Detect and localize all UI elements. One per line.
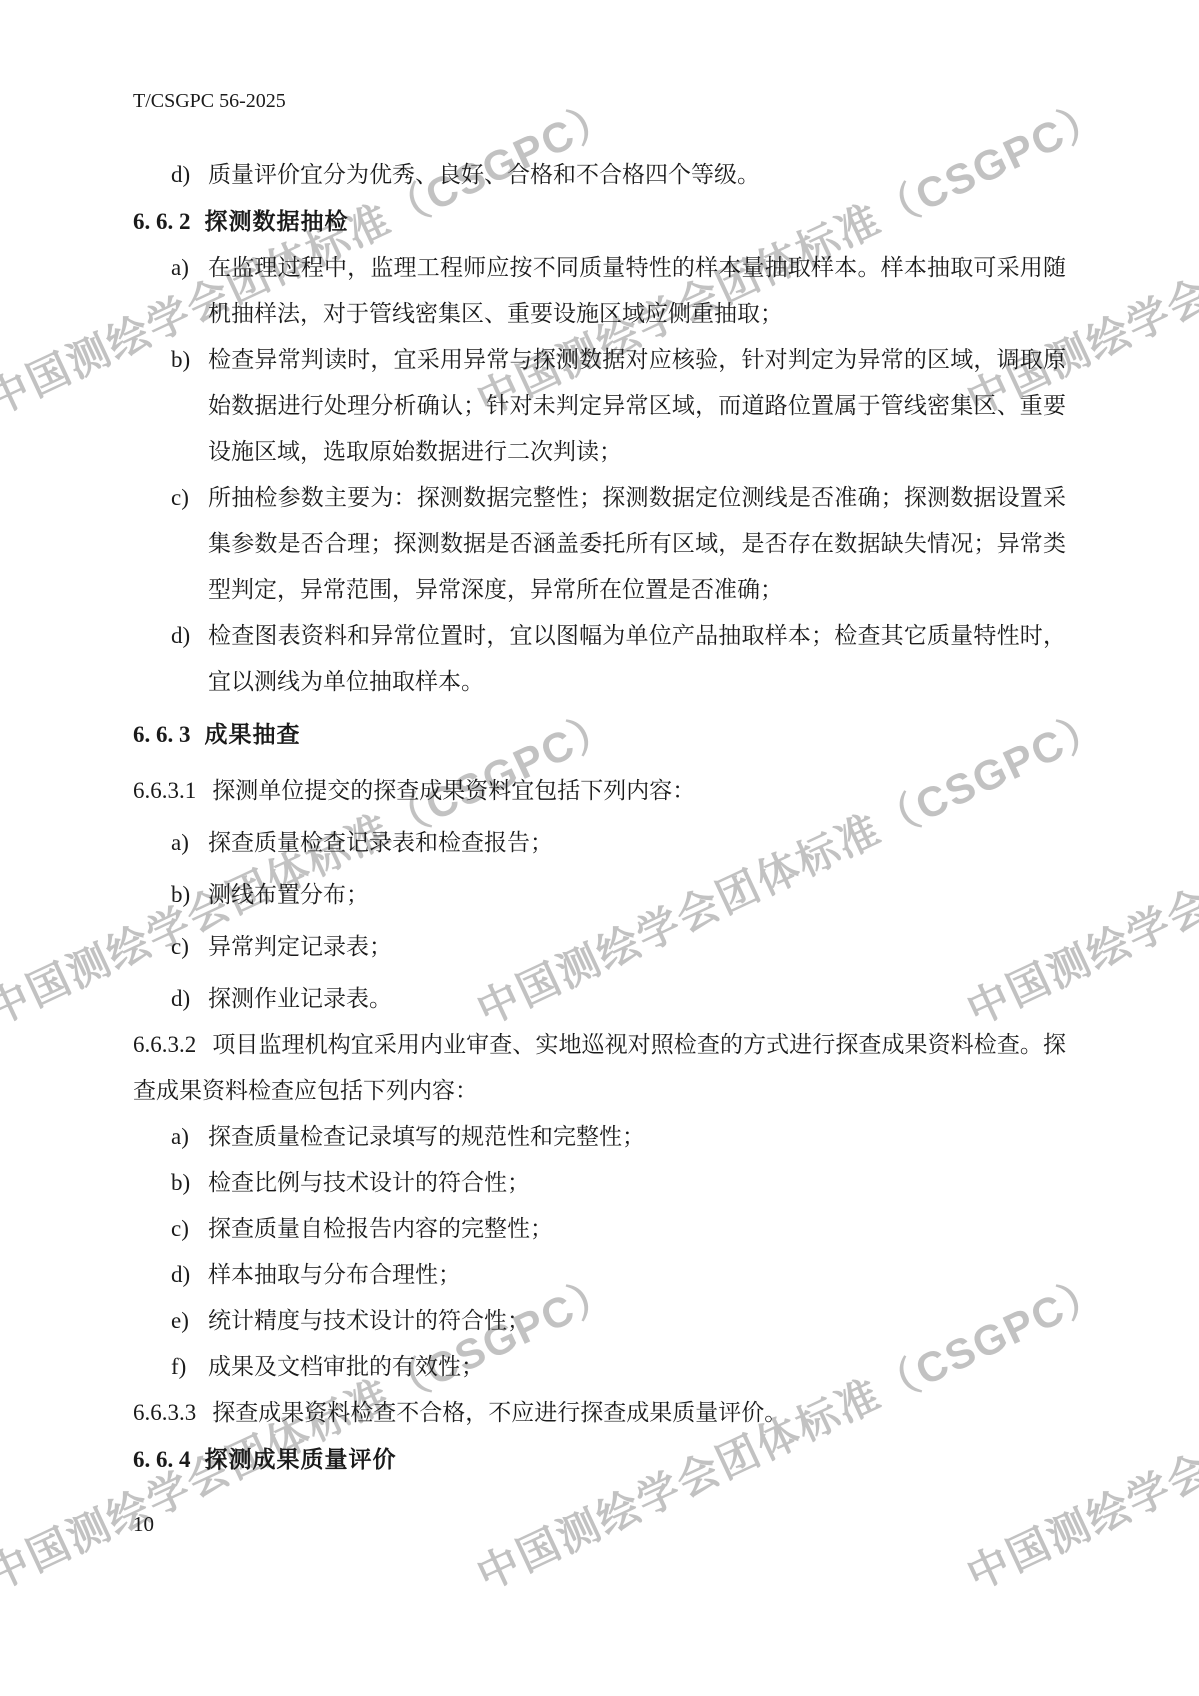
list-item: c)所抽检参数主要为：探测数据完整性；探测数据定位测线是否准确；探测数据设置采集… xyxy=(133,475,1066,613)
list-item-label: a) xyxy=(171,1114,189,1160)
list-item: b)测线布置分布； xyxy=(133,872,1066,918)
list-item-text: 检查比例与技术设计的符合性； xyxy=(208,1170,530,1195)
section-heading: 6. 6. 4探测成果质量评价 xyxy=(133,1436,1066,1483)
list-item-text: 探查质量检查记录表和检查报告； xyxy=(208,830,553,855)
section-heading-number: 6. 6. 2 xyxy=(133,209,191,234)
list-item-label: a) xyxy=(171,820,189,866)
clause-text: 探查成果资料检查不合格，不应进行探查成果质量评价。 xyxy=(212,1400,787,1425)
clause-number: 6.6.3.2 xyxy=(133,1032,196,1057)
list-item-label: d) xyxy=(171,1252,190,1298)
list-item-label: c) xyxy=(171,1206,189,1252)
list-item-label: d) xyxy=(171,152,190,198)
section-heading: 6. 6. 2探测数据抽检 xyxy=(133,198,1066,245)
list-item-text: 探查质量检查记录填写的规范性和完整性； xyxy=(208,1124,645,1149)
list-item: d)检查图表资料和异常位置时，宜以图幅为单位产品抽取样本；检查其它质量特性时，宜… xyxy=(133,613,1066,705)
list-item-label: e) xyxy=(171,1298,189,1344)
list-item-text: 探查质量自检报告内容的完整性； xyxy=(208,1216,553,1241)
list-item: d)样本抽取与分布合理性； xyxy=(133,1252,1066,1298)
list-item: a)探查质量检查记录填写的规范性和完整性； xyxy=(133,1114,1066,1160)
section-heading-number: 6. 6. 3 xyxy=(133,722,191,747)
list-item-text: 样本抽取与分布合理性； xyxy=(208,1262,461,1287)
list-item-label: d) xyxy=(171,976,190,1022)
list-item: c)探查质量自检报告内容的完整性； xyxy=(133,1206,1066,1252)
section-heading-title: 探测数据抽检 xyxy=(205,208,349,234)
list-item: e)统计精度与技术设计的符合性； xyxy=(133,1298,1066,1344)
document-header-standard-number: T/CSGPC 56-2025 xyxy=(133,90,286,113)
list-item-text: 所抽检参数主要为：探测数据完整性；探测数据定位测线是否准确；探测数据设置采集参数… xyxy=(208,485,1066,602)
list-item-label: b) xyxy=(171,872,190,918)
list-item: b)检查异常判读时，宜采用异常与探测数据对应核验，针对判定为异常的区域，调取原始… xyxy=(133,337,1066,475)
clause-number: 6.6.3.1 xyxy=(133,778,196,803)
list-item-text: 质量评价宜分为优秀、良好、合格和不合格四个等级。 xyxy=(208,162,760,187)
list-item-label: f) xyxy=(171,1344,186,1390)
list-item-text: 在监理过程中，监理工程师应按不同质量特性的样本量抽取样本。样本抽取可采用随机抽样… xyxy=(208,255,1066,326)
clause-paragraph: 6.6.3.3探查成果资料检查不合格，不应进行探查成果质量评价。 xyxy=(133,1390,1066,1436)
section-heading: 6. 6. 3成果抽查 xyxy=(133,711,1066,758)
list-item: f)成果及文档审批的有效性； xyxy=(133,1344,1066,1390)
list-item-label: b) xyxy=(171,337,190,383)
list-item: a)在监理过程中，监理工程师应按不同质量特性的样本量抽取样本。样本抽取可采用随机… xyxy=(133,245,1066,337)
list-item-text: 测线布置分布； xyxy=(208,882,369,907)
list-item-text: 检查图表资料和异常位置时，宜以图幅为单位产品抽取样本；检查其它质量特性时，宜以测… xyxy=(208,623,1066,694)
list-item-text: 检查异常判读时，宜采用异常与探测数据对应核验，针对判定为异常的区域，调取原始数据… xyxy=(208,347,1066,464)
section-heading-title: 探测成果质量评价 xyxy=(205,1446,397,1472)
list-item: d)质量评价宜分为优秀、良好、合格和不合格四个等级。 xyxy=(133,152,1066,198)
document-body: d)质量评价宜分为优秀、良好、合格和不合格四个等级。6. 6. 2探测数据抽检a… xyxy=(133,152,1066,1483)
page-number: 10 xyxy=(133,1512,154,1537)
clause-number: 6.6.3.3 xyxy=(133,1400,196,1425)
list-item-label: c) xyxy=(171,924,189,970)
list-item: c)异常判定记录表； xyxy=(133,924,1066,970)
clause-paragraph: 6.6.3.2项目监理机构宜采用内业审查、实地巡视对照检查的方式进行探查成果资料… xyxy=(133,1022,1066,1114)
list-item: b)检查比例与技术设计的符合性； xyxy=(133,1160,1066,1206)
list-item-label: c) xyxy=(171,475,189,521)
clause-text: 项目监理机构宜采用内业审查、实地巡视对照检查的方式进行探查成果资料检查。探查成果… xyxy=(133,1032,1066,1103)
section-heading-number: 6. 6. 4 xyxy=(133,1447,191,1472)
list-item-text: 探测作业记录表。 xyxy=(208,986,392,1011)
list-item-text: 成果及文档审批的有效性； xyxy=(208,1354,484,1379)
list-item-text: 统计精度与技术设计的符合性； xyxy=(208,1308,530,1333)
clause-text: 探测单位提交的探查成果资料宜包括下列内容： xyxy=(212,778,695,803)
list-item-label: d) xyxy=(171,613,190,659)
list-item-label: a) xyxy=(171,245,189,291)
section-heading-title: 成果抽查 xyxy=(205,721,301,747)
list-item-text: 异常判定记录表； xyxy=(208,934,392,959)
list-item-label: b) xyxy=(171,1160,190,1206)
list-item: a)探查质量检查记录表和检查报告； xyxy=(133,820,1066,866)
list-item: d)探测作业记录表。 xyxy=(133,976,1066,1022)
clause-paragraph: 6.6.3.1探测单位提交的探查成果资料宜包括下列内容： xyxy=(133,768,1066,814)
